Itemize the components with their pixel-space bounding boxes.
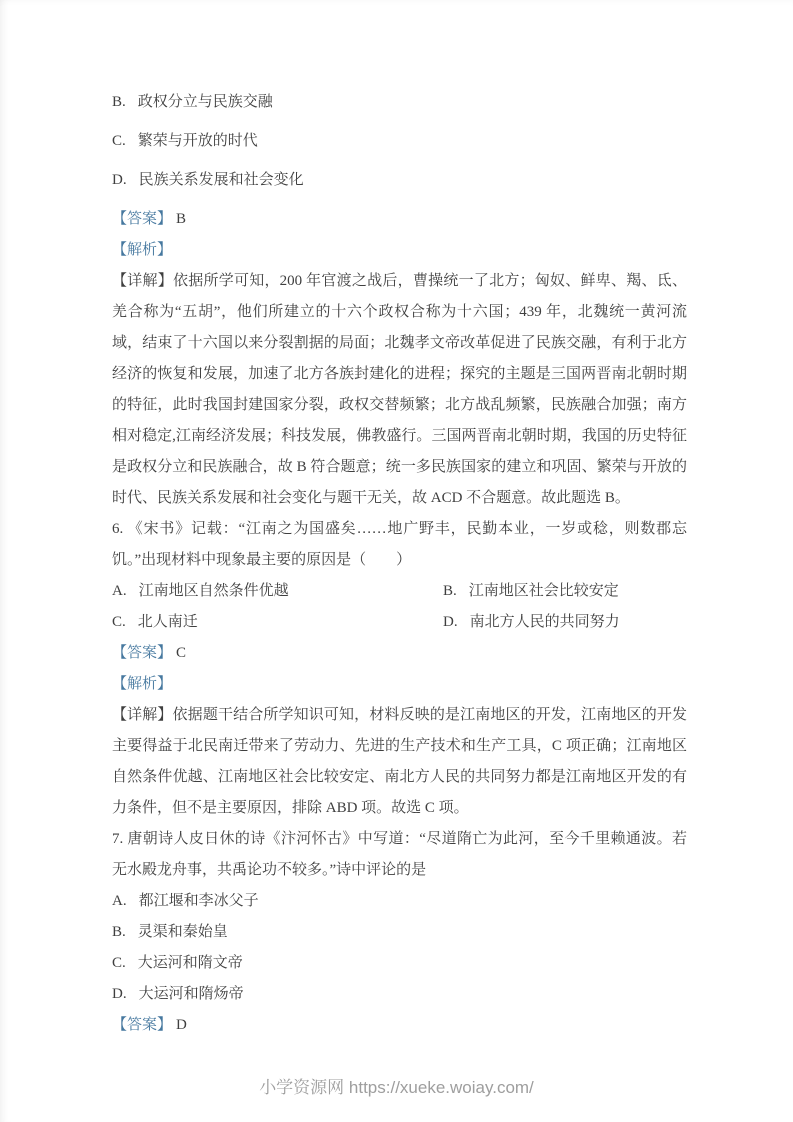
question-6-options-row-1: A.江南地区自然条件优越 B.江南地区社会比较安定 [112, 576, 687, 607]
exam-document-page: B.政权分立与民族交融 C.繁荣与开放的时代 D.民族关系发展和社会变化 【答案… [112, 87, 687, 1041]
question-7-option-b: B.灵渠和秦始皇 [112, 917, 687, 948]
question-7-option-d: D.大运河和隋炀帝 [112, 979, 687, 1010]
answer-value: B [176, 211, 186, 227]
option-letter: B. [112, 924, 126, 940]
question-6-answer-line: 【答案】C [112, 638, 687, 669]
question-6-detail-paragraph: 【详解】依据题干结合所学知识可知，材料反映的是江南地区的开发，江南地区的开发主要… [112, 700, 687, 824]
detail-text: 依据题干结合所学知识可知，材料反映的是江南地区的开发，江南地区的开发主要得益于北… [112, 707, 687, 816]
option-text: 北人南迁 [138, 614, 198, 630]
option-letter: C. [112, 133, 126, 149]
question-6-options-row-2: C.北人南迁 D.南北方人民的共同努力 [112, 607, 687, 638]
option-letter: B. [443, 583, 457, 599]
question-6-analysis-line: 【解析】 [112, 669, 687, 700]
question-6-option-d: D.南北方人民的共同努力 [443, 607, 687, 638]
question-6-option-c: C.北人南迁 [112, 607, 443, 638]
answer-value: C [176, 645, 186, 661]
answer-label: 【答案】 [112, 645, 172, 661]
question-stem-text: 6. 《宋书》记载：“江南之为国盛矣……地广野丰，民勤本业，一岁或稔，则数郡忘饥… [112, 521, 687, 568]
option-text: 南北方人民的共同努力 [470, 614, 620, 630]
detail-label: 【详解】 [112, 273, 173, 289]
option-letter: A. [112, 583, 127, 599]
site-watermark-footer: 小学资源网 https://xueke.woiay.com/ [0, 1073, 793, 1098]
question-5-answer-line: 【答案】B [112, 204, 687, 235]
option-text: 政权分立与民族交融 [138, 94, 273, 110]
option-text: 都江堰和李冰父子 [139, 893, 259, 909]
answer-value: D [176, 1017, 187, 1033]
answer-label: 【答案】 [112, 1017, 172, 1033]
analysis-label: 【解析】 [112, 242, 172, 258]
detail-label: 【详解】 [112, 707, 173, 723]
option-text: 江南地区社会比较安定 [469, 583, 619, 599]
question-7-option-a: A.都江堰和李冰父子 [112, 886, 687, 917]
option-text: 民族关系发展和社会变化 [139, 172, 304, 188]
question-6-option-a: A.江南地区自然条件优越 [112, 576, 443, 607]
question-7-answer-line: 【答案】D [112, 1010, 687, 1041]
question-5-analysis-line: 【解析】 [112, 235, 687, 266]
option-text: 繁荣与开放的时代 [138, 133, 258, 149]
option-letter: A. [112, 893, 127, 909]
question-stem-text: 7. 唐朝诗人皮日休的诗《汴河怀古》中写道：“尽道隋亡为此河，至今千里赖通波。若… [112, 831, 687, 878]
option-letter: C. [112, 955, 126, 971]
detail-text: 依据所学可知，200 年官渡之战后，曹操统一了北方；匈奴、鲜卑、羯、氐、羌合称为… [112, 273, 687, 506]
question-7-option-c: C.大运河和隋文帝 [112, 948, 687, 979]
question-6-option-b: B.江南地区社会比较安定 [443, 576, 687, 607]
option-letter: C. [112, 614, 126, 630]
option-text: 大运河和隋炀帝 [139, 986, 244, 1002]
analysis-label: 【解析】 [112, 676, 172, 692]
question-5-detail-paragraph: 【详解】依据所学可知，200 年官渡之战后，曹操统一了北方；匈奴、鲜卑、羯、氐、… [112, 266, 687, 514]
question-5-option-b: B.政权分立与民族交融 [112, 87, 687, 118]
option-letter: D. [443, 614, 458, 630]
watermark-text: 小学资源网 https://xueke.woiay.com/ [259, 1078, 534, 1097]
question-5-option-c: C.繁荣与开放的时代 [112, 126, 687, 157]
question-7-stem: 7. 唐朝诗人皮日休的诗《汴河怀古》中写道：“尽道隋亡为此河，至今千里赖通波。若… [112, 824, 687, 886]
answer-label: 【答案】 [112, 211, 172, 227]
option-text: 江南地区自然条件优越 [139, 583, 289, 599]
option-letter: D. [112, 172, 127, 188]
option-text: 大运河和隋文帝 [138, 955, 243, 971]
question-5-option-d: D.民族关系发展和社会变化 [112, 165, 687, 196]
option-text: 灵渠和秦始皇 [138, 924, 228, 940]
option-letter: D. [112, 986, 127, 1002]
option-letter: B. [112, 94, 126, 110]
question-6-stem: 6. 《宋书》记载：“江南之为国盛矣……地广野丰，民勤本业，一岁或稔，则数郡忘饥… [112, 514, 687, 576]
